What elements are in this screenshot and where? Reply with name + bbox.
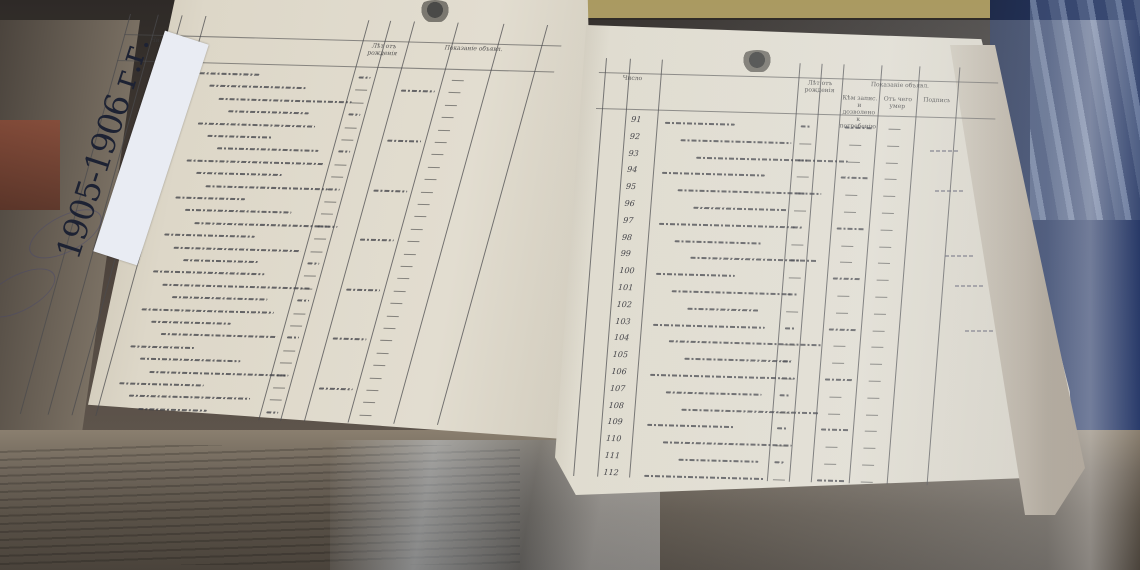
blank-dash [448,92,460,93]
blank-dash [414,216,426,217]
blank-dash [390,303,402,304]
blank-dash [435,142,447,143]
blank-dash [324,201,336,202]
blank-dash [300,288,312,289]
blank-dash [373,365,385,366]
blank-dash [377,353,389,354]
blank-dash [418,204,430,205]
illegible-handwriting [119,382,204,386]
background-wall [0,120,60,210]
header-age: Лѣт отъ рожденія [358,42,408,57]
illegible-age [328,188,340,190]
blank-dash [380,340,392,341]
blank-dash [352,102,364,103]
blank-dash [424,179,436,180]
illegible-date [360,239,394,242]
illegible-handwriting [129,395,251,400]
blank-dash [363,402,375,403]
illegible-date [332,338,366,341]
blank-dash [452,80,464,81]
blank-dash [280,363,292,364]
blank-dash [431,154,443,155]
illegible-age [276,374,288,376]
blank-dash [341,139,353,140]
year-label: 1905-1906 г.г. [80,30,240,265]
blank-dash [421,191,433,192]
blank-dash [359,415,371,416]
illegible-handwriting [130,345,194,349]
illegible-handwriting [149,371,287,377]
blank-dash [293,313,305,314]
illegible-age [348,114,360,116]
photo-scene: Число Лѣт отъ рожденія Показаніе объявл.… [0,0,1140,570]
illegible-handwriting [228,110,309,114]
illegible-age [358,76,370,78]
illegible-handwriting [172,296,268,301]
illegible-age [307,262,319,264]
blank-dash [334,164,346,165]
blank-dash [366,390,378,391]
illegible-date [373,189,407,192]
blank-dash [370,377,382,378]
blank-dash [411,229,423,230]
illegible-date [319,388,353,391]
illegible-age [317,225,329,227]
plastic-sleeve-glare [520,20,1140,570]
blank-dash [273,387,285,388]
blank-dash [445,105,457,106]
blank-dash [400,266,412,267]
imperial-eagle-crest-icon [416,0,454,22]
illegible-date [401,90,435,93]
illegible-date [346,288,380,291]
blank-dash [321,214,333,215]
illegible-handwriting [140,358,241,363]
blank-dash [441,117,453,118]
blank-dash [397,278,409,279]
blank-dash [355,90,367,91]
blank-dash [314,239,326,240]
illegible-handwriting [141,308,274,313]
blank-dash [311,251,323,252]
blank-dash [331,177,343,178]
illegible-handwriting [138,408,207,412]
blank-dash [407,241,419,242]
blank-dash [304,276,316,277]
blank-dash [387,315,399,316]
illegible-handwriting [153,271,265,276]
blank-dash [345,127,357,128]
blank-dash [283,350,295,351]
blank-dash [383,328,395,329]
blank-dash [394,291,406,292]
blank-dash [438,129,450,130]
illegible-handwriting [162,284,311,290]
illegible-age [297,300,309,302]
illegible-age [287,337,299,339]
illegible-age [338,151,350,153]
illegible-date [387,140,421,143]
illegible-age [266,411,278,413]
blank-dash [290,325,302,326]
blank-dash [404,253,416,254]
illegible-handwriting [160,333,277,338]
illegible-handwriting [151,321,231,325]
blank-dash [270,400,282,401]
background-shelf [560,0,1010,18]
blank-dash [428,167,440,168]
